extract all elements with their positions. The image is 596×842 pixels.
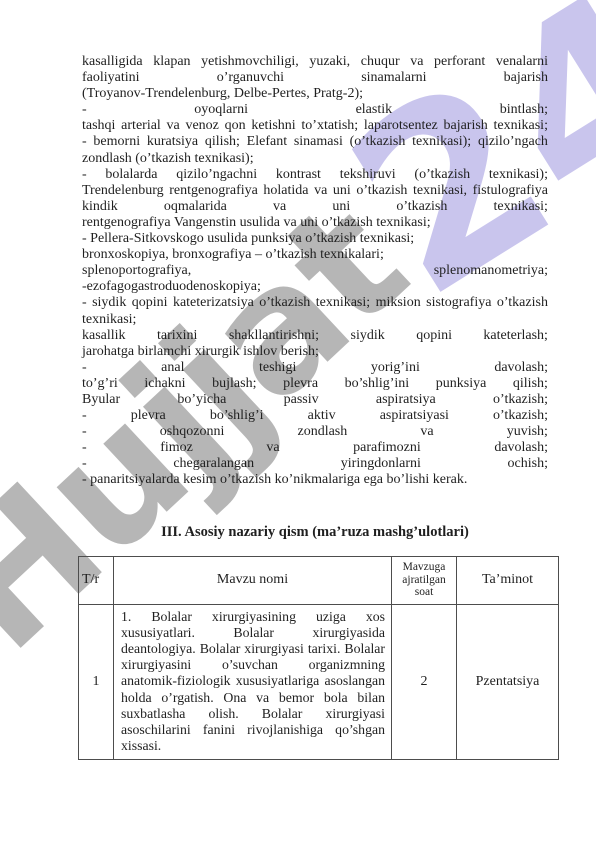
body-word: aspiratsiyasi: [380, 408, 449, 424]
body-word: uni: [333, 183, 351, 199]
body-line: -siydikqopinikateterizatsiyao’tkazishtex…: [82, 295, 548, 311]
document-page: Hujjat 24 kasalligidaklapanyetishmovchil…: [0, 0, 596, 842]
body-line: texnikasi;: [82, 312, 548, 328]
body-word: -: [82, 134, 87, 150]
body-word: va: [314, 183, 327, 199]
body-word: -: [82, 167, 87, 183]
body-word: perforant: [434, 54, 485, 70]
hours-cell: 2: [392, 604, 457, 759]
body-word: arterial: [121, 118, 161, 134]
body-line: Trendelenburgrentgenografiyaholatidavaun…: [82, 183, 548, 199]
body-word: yetishmovchiligi,: [201, 54, 299, 70]
body-word: sistografiya: [426, 295, 491, 311]
body-line: -fimozvaparafimoznidavolash;: [82, 440, 548, 456]
body-word: kuratsiya: [147, 134, 198, 150]
body-line: tashqiarterialvavenozqonketishnito’xtati…: [82, 118, 548, 134]
row-number-cell: 1: [79, 604, 114, 759]
body-line: - panaritsiyalarda kesim o’tkazish ko’ni…: [82, 472, 548, 488]
body-word: aspiratsiya: [376, 392, 436, 408]
body-word: o’tkazish;: [493, 392, 548, 408]
body-word: bo’yicha: [177, 392, 226, 408]
body-word: Byular: [82, 392, 120, 408]
body-word: -: [82, 440, 87, 456]
body-word: splenoportografiya,: [82, 263, 191, 279]
body-word: kateterizatsiya: [173, 295, 254, 311]
body-word: qilish;: [513, 376, 548, 392]
body-word: o’tkazish: [259, 295, 310, 311]
body-word: siydik: [92, 295, 126, 311]
body-word: uni: [332, 199, 350, 215]
body-line: (Troyanov-Trendelenburg, Delbe-Pertes, P…: [82, 86, 548, 102]
body-line: splenoportografiya,splenomanometriya;: [82, 263, 548, 279]
body-paragraph: kasalligidaklapanyetishmovchiligi,yuzaki…: [82, 54, 548, 489]
body-word: texnikasi;: [494, 118, 548, 134]
body-word: texnikasi);: [489, 167, 548, 183]
body-word: kasallik: [82, 328, 126, 344]
col-header-mavzu-nomi: Mavzu nomi: [114, 556, 392, 604]
body-word: o’rganuvchi: [217, 70, 284, 86]
body-line: faoliyatinio’rganuvchisinamalarnibajaris…: [82, 70, 548, 86]
body-line: -analteshigiyorig’inidavolash;: [82, 360, 548, 376]
body-word: -: [82, 408, 87, 424]
lectures-table: T/r Mavzu nomi Mavzuga ajratilgan soat T…: [78, 556, 559, 760]
page-content: kasalligidaklapanyetishmovchiligi,yuzaki…: [82, 54, 548, 760]
body-word: oqmalarida: [164, 199, 227, 215]
body-word: davolash;: [494, 440, 548, 456]
body-word: fimoz: [160, 440, 193, 456]
body-line: - Pellera-Sitkovskogo usulida punksiya o…: [82, 231, 548, 247]
body-word: kindik: [82, 199, 118, 215]
body-word: Elefant: [247, 134, 287, 150]
body-word: sinamalarni: [361, 70, 426, 86]
body-word: qon: [225, 118, 246, 134]
body-word: (o’tkazish: [350, 134, 406, 150]
body-word: yorig’ini: [371, 360, 420, 376]
body-word: va: [420, 424, 433, 440]
body-line: -plevrabo’shlig’iaktivaspiratsiyasio’tka…: [82, 408, 548, 424]
body-word: va: [167, 118, 180, 134]
body-word: texnikasi;: [316, 295, 370, 311]
col-header-tr: T/r: [79, 556, 114, 604]
body-word: -: [82, 295, 87, 311]
body-word: texnikasi,: [413, 183, 467, 199]
body-word: chegaralangan: [173, 456, 254, 472]
body-line: bronxoskopiya, bronxografiya – o’tkazish…: [82, 247, 548, 263]
body-word: venalarni: [496, 54, 548, 70]
body-word: passiv: [284, 392, 319, 408]
body-word: yuvish;: [507, 424, 548, 440]
body-word: chuqur: [361, 54, 400, 70]
body-word: parafimozni: [353, 440, 421, 456]
body-word: texnikasi);: [412, 134, 471, 150]
body-word: ketishni: [251, 118, 295, 134]
body-word: bintlash;: [500, 102, 548, 118]
body-word: sinamasi: [294, 134, 343, 150]
body-word: kontrast: [276, 167, 321, 183]
body-word: rentgenografiya: [169, 183, 258, 199]
body-word: zondlash: [297, 424, 347, 440]
body-line: kasalligidaklapanyetishmovchiligi,yuzaki…: [82, 54, 548, 70]
body-word: faoliyatini: [82, 70, 140, 86]
body-word: splenomanometriya;: [434, 263, 548, 279]
body-word: klapan: [153, 54, 190, 70]
body-word: o’tkazish;: [493, 408, 548, 424]
body-word: yiringdonlarni: [341, 456, 421, 472]
body-line: kasalliktarixinishakllantirishni;siydikq…: [82, 328, 548, 344]
body-line: zondlash (o’tkazish texnikasi);: [82, 151, 548, 167]
body-word: teshigi: [259, 360, 296, 376]
body-word: o’tkazish: [396, 199, 447, 215]
body-word: -: [82, 360, 87, 376]
body-word: bo’shlig’ini: [345, 376, 410, 392]
taminot-cell: Pzentatsiya: [457, 604, 559, 759]
body-word: Trendelenburg: [82, 183, 164, 199]
body-word: qopini: [416, 328, 452, 344]
body-line: rentgenografiya Vangenstin usulida va un…: [82, 215, 548, 231]
body-word: aktiv: [308, 408, 336, 424]
body-word: miksion: [376, 295, 421, 311]
body-word: davolash;: [494, 360, 548, 376]
body-word: kasalligida: [82, 54, 143, 70]
body-word: bo’shlig’i: [210, 408, 264, 424]
col-header-taminot: Ta’minot: [457, 556, 559, 604]
body-word: ochish;: [508, 456, 548, 472]
body-line: to’g’riichaknibujlash;plevrabo’shlig’ini…: [82, 376, 548, 392]
body-word: va: [273, 199, 286, 215]
body-word: oyoqlarni: [194, 102, 248, 118]
table-header-row: T/r Mavzu nomi Mavzuga ajratilgan soat T…: [79, 556, 559, 604]
body-word: bajarish: [443, 118, 487, 134]
topic-cell: 1. Bolalar xirurgiyasining uziga xos xus…: [114, 604, 392, 759]
table-row: 1 1. Bolalar xirurgiyasining uziga xos x…: [79, 604, 559, 759]
body-word: tekshiruvi: [340, 167, 396, 183]
body-word: va: [266, 440, 279, 456]
body-word: bajarish: [504, 70, 548, 86]
body-line: -oshqozonnizondlashvayuvish;: [82, 424, 548, 440]
body-line: -oyoqlarnielastikbintlash;: [82, 102, 548, 118]
col-header-soat: Mavzuga ajratilgan soat: [392, 556, 457, 604]
body-line: -ezofagogastroduodenoskopiya;: [82, 279, 548, 295]
body-word: va: [410, 54, 423, 70]
body-word: bolalarda: [105, 167, 157, 183]
body-word: anal: [161, 360, 184, 376]
body-word: to’g’ri: [82, 376, 118, 392]
body-word: plevra: [131, 408, 166, 424]
body-word: tashqi: [82, 118, 115, 134]
body-word: elastik: [356, 102, 393, 118]
body-word: laparotsentez: [364, 118, 438, 134]
body-word: bemorni: [93, 134, 140, 150]
body-word: o’tkazish: [497, 295, 548, 311]
body-line: Byularbo’yichapassivaspiratsiyao’tkazish…: [82, 392, 548, 408]
body-word: -: [82, 424, 87, 440]
body-word: holatida: [263, 183, 308, 199]
body-word: kateterlash;: [483, 328, 548, 344]
body-word: qopini: [132, 295, 168, 311]
body-word: -: [82, 102, 87, 118]
body-word: yuzaki,: [309, 54, 350, 70]
body-word: ichakni: [144, 376, 185, 392]
body-word: bujlash;: [212, 376, 256, 392]
body-word: shakllantirishni;: [229, 328, 319, 344]
body-word: qilish;: [205, 134, 240, 150]
body-word: o’tkazish: [356, 183, 407, 199]
body-word: qizilo’ngachni: [176, 167, 257, 183]
body-word: -: [82, 456, 87, 472]
body-word: venoz: [185, 118, 218, 134]
body-word: to’xtatish;: [301, 118, 358, 134]
body-word: oshqozonni: [160, 424, 225, 440]
body-word: fistulografiya: [473, 183, 548, 199]
body-word: plevra: [283, 376, 318, 392]
body-line: -chegaralanganyiringdonlarniochish;: [82, 456, 548, 472]
body-word: (o’tkazish: [414, 167, 470, 183]
body-line: -bemornikuratsiyaqilish;Elefantsinamasi(…: [82, 134, 548, 150]
body-word: punksiya: [436, 376, 487, 392]
body-word: tarixini: [157, 328, 197, 344]
section-heading: III. Asosiy nazariy qism (ma’ruza mashg’…: [82, 524, 548, 541]
body-line: kindikoqmalaridavaunio’tkazishtexnikasi;: [82, 199, 548, 215]
body-line: -bolalardaqizilo’ngachnikontrasttekshiru…: [82, 167, 548, 183]
body-word: qizilo’ngach: [478, 134, 548, 150]
body-word: texnikasi;: [494, 199, 548, 215]
body-word: siydik: [351, 328, 385, 344]
body-line: jarohatga birlamchi xirurgik ishlov beri…: [82, 344, 548, 360]
